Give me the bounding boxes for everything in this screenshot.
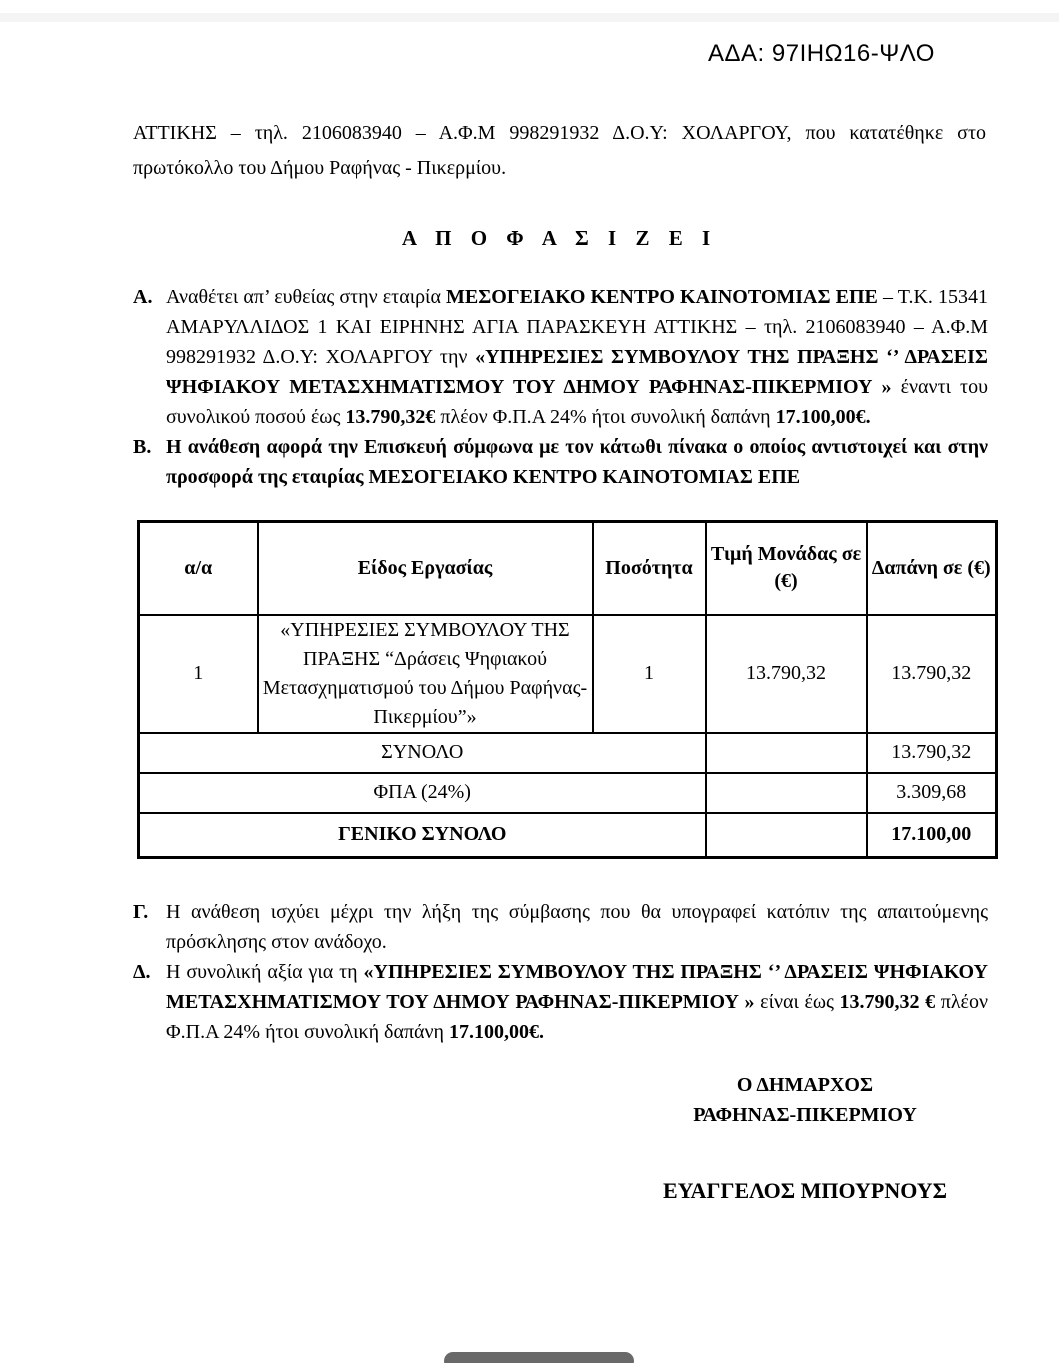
item-d: Δ. Η συνολική αξία για τη «ΥΠΗΡΕΣΙΕΣ ΣΥΜ… bbox=[133, 957, 988, 1047]
item-b-text: Η ανάθεση αφορά την Επισκευή σύμφωνα με … bbox=[166, 432, 988, 492]
header-unit-price: Τιμή Μονάδας σε (€) bbox=[706, 522, 867, 615]
cell-work-type: «ΥΠΗΡΕΣΙΕΣ ΣΥΜΒΟΥΛΟΥ ΤΗΣ ΠΡΑΞΗΣ “Δράσεις… bbox=[258, 615, 593, 733]
grand-total-empty-cell bbox=[706, 813, 867, 858]
item-c-text: Η ανάθεση ισχύει μέχρι την λήξη της σύμβ… bbox=[166, 897, 988, 957]
header-cost: Δαπάνη σε (€) bbox=[867, 522, 997, 615]
item-a-label: Α. bbox=[133, 282, 166, 432]
table-row: 1 «ΥΠΗΡΕΣΙΕΣ ΣΥΜΒΟΥΛΟΥ ΤΗΣ ΠΡΑΞΗΣ “Δράσε… bbox=[139, 615, 997, 733]
page-top-divider bbox=[0, 13, 1059, 22]
grand-total-row: ΓΕΝΙΚΟ ΣΥΝΟΛΟ 17.100,00 bbox=[139, 813, 997, 858]
item-c: Γ. Η ανάθεση ισχύει μέχρι την λήξη της σ… bbox=[133, 897, 988, 957]
intro-paragraph: ΑΤΤΙΚΗΣ – τηλ. 2106083940 – Α.Φ.Μ 998291… bbox=[133, 116, 986, 186]
drag-handle-bar[interactable] bbox=[444, 1352, 634, 1363]
item-b: Β. Η ανάθεση αφορά την Επισκευή σύμφωνα … bbox=[133, 432, 988, 492]
header-index: α/α bbox=[139, 522, 258, 615]
grand-total-value: 17.100,00 bbox=[867, 813, 997, 858]
grand-total-label: ΓΕΝΙΚΟ ΣΥΝΟΛΟ bbox=[139, 813, 706, 858]
decision-heading: Α Π Ο Φ Α Σ Ι Ζ Ε Ι bbox=[133, 226, 986, 251]
cell-index: 1 bbox=[139, 615, 258, 733]
table-header-row: α/α Είδος Εργασίας Ποσότητα Τιμή Μονάδας… bbox=[139, 522, 997, 615]
subtotal-label: ΣΥΝΟΛΟ bbox=[139, 733, 706, 773]
item-a: Α. Αναθέτει απ’ ευθείας στην εταιρία ΜΕΣ… bbox=[133, 282, 988, 432]
subtotal-empty-cell bbox=[706, 733, 867, 773]
vat-row: ΦΠΑ (24%) 3.309,68 bbox=[139, 773, 997, 813]
signature-title-line1: Ο ΔΗΜΑΡΧΟΣ bbox=[630, 1070, 980, 1100]
header-work-type: Είδος Εργασίας bbox=[258, 522, 593, 615]
items-group-a-b: Α. Αναθέτει απ’ ευθείας στην εταιρία ΜΕΣ… bbox=[133, 282, 988, 492]
cost-table: α/α Είδος Εργασίας Ποσότητα Τιμή Μονάδας… bbox=[137, 520, 998, 859]
vat-value: 3.309,68 bbox=[867, 773, 997, 813]
items-group-c-d: Γ. Η ανάθεση ισχύει μέχρι την λήξη της σ… bbox=[133, 897, 988, 1047]
item-d-text: Η συνολική αξία για τη «ΥΠΗΡΕΣΙΕΣ ΣΥΜΒΟΥ… bbox=[166, 957, 988, 1047]
subtotal-row: ΣΥΝΟΛΟ 13.790,32 bbox=[139, 733, 997, 773]
item-a-text: Αναθέτει απ’ ευθείας στην εταιρία ΜΕΣΟΓΕ… bbox=[166, 282, 988, 432]
cell-unit-price: 13.790,32 bbox=[706, 615, 867, 733]
document-page: ΑΔΑ: 97ΙΗΩ16-ΨΛΟ ΑΤΤΙΚΗΣ – τηλ. 21060839… bbox=[0, 0, 1059, 1363]
item-b-label: Β. bbox=[133, 432, 166, 492]
signature-name: ΕΥΑΓΓΕΛΟΣ ΜΠΟΥΡΝΟΥΣ bbox=[622, 1178, 988, 1204]
cell-quantity: 1 bbox=[593, 615, 706, 733]
cell-cost: 13.790,32 bbox=[867, 615, 997, 733]
subtotal-value: 13.790,32 bbox=[867, 733, 997, 773]
signature-title: Ο ΔΗΜΑΡΧΟΣ ΡΑΦΗΝΑΣ-ΠΙΚΕΡΜΙΟΥ bbox=[630, 1070, 980, 1130]
vat-empty-cell bbox=[706, 773, 867, 813]
ada-code: ΑΔΑ: 97ΙΗΩ16-ΨΛΟ bbox=[708, 40, 935, 68]
signature-title-line2: ΡΑΦΗΝΑΣ-ΠΙΚΕΡΜΙΟΥ bbox=[630, 1100, 980, 1130]
vat-label: ΦΠΑ (24%) bbox=[139, 773, 706, 813]
header-quantity: Ποσότητα bbox=[593, 522, 706, 615]
item-c-label: Γ. bbox=[133, 897, 166, 957]
item-d-label: Δ. bbox=[133, 957, 166, 1047]
